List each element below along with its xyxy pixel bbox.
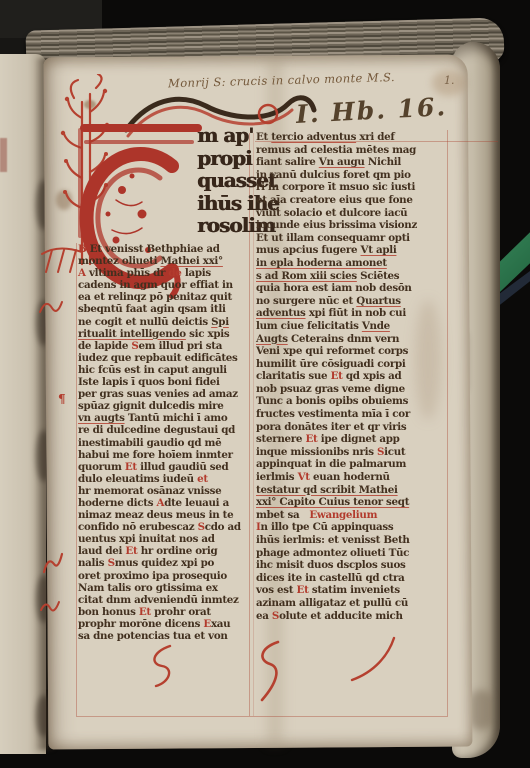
manuscript-line: inestimabili gaudio qd mē — [78, 437, 250, 449]
manuscript-line: ea et relinqz pō penitaz quit — [78, 291, 250, 303]
manuscript-line: dices ite in castellū qd ctra — [256, 572, 450, 585]
manuscript-line: oret proximo ipa prosequio — [78, 570, 250, 582]
pilcrow-mark: ¶ — [58, 392, 66, 406]
manuscript-line: humilit ūre cōsiguadi corpi — [256, 358, 450, 371]
manuscript-line: sternere Et ipe dignet app — [256, 433, 450, 446]
manuscript-line: ri in corpore īt msuo sic iusti — [256, 181, 450, 194]
manuscript-line: hr memorat osānaz vnisse — [78, 485, 250, 497]
manuscript-line: s ad Rom xiii scies Sciētes — [256, 270, 450, 283]
fore-edge-stain — [470, 690, 492, 730]
manuscript-line: iocunde eius brissima visionz — [256, 219, 450, 232]
manuscript-line: lum ciue felicitatis Vnde — [256, 320, 450, 333]
manuscript-line: ne cogit et nullū deictis Spi — [78, 316, 250, 328]
manuscript-line: Iste lapis ī quos boni fidei — [78, 376, 250, 388]
manuscript-line: A vltima phīs dr de lapis — [78, 267, 250, 279]
manuscript-line: vos est Et statim inveniets — [256, 584, 450, 597]
manuscript-line: ihūs ierlmis: et venisst Beth — [256, 534, 450, 547]
manuscript-line: Augts Ceterains dnm vern — [256, 333, 450, 346]
manuscript-line: spūaz gignit dulcedis mire — [78, 400, 250, 412]
right-column: Et tercio adventus xri defremus ad celes… — [256, 131, 450, 622]
catchword-flourish — [146, 644, 180, 688]
manuscript-line: ritualit intelligendo sic xpis — [78, 328, 250, 340]
manuscript-line: laud dei Et hr ordine orig — [78, 545, 250, 557]
manuscript-line: et aīa creatore eius que fone — [256, 194, 450, 207]
margin-mark — [40, 550, 66, 578]
manuscript-line: azinam alligataz et pullū cū — [256, 597, 450, 610]
manuscript-line: claritatis sue Et qd xpis ad — [256, 370, 450, 383]
manuscript-line: de lapide Sem illud pri sta — [78, 340, 250, 352]
manuscript-line: adventus xpi fiūt in nob cui — [256, 307, 450, 320]
manuscript-line: prophr morōne dicens Exau — [78, 618, 250, 630]
manuscript-line: in vanū dulcius foret qm pio — [256, 169, 450, 182]
manuscript-line: uentus xpi inuitat nos ad — [78, 533, 250, 545]
manuscript-line: sbeqntū faat agin qsam itli — [78, 303, 250, 315]
manuscript-line: viuit solacio et dulcore iacū — [256, 207, 450, 220]
manuscript-line: Et ut illam consequamr opti — [256, 232, 450, 245]
manuscript-line: in epla hoderna amonet — [256, 257, 450, 270]
catchword-flourish — [348, 634, 398, 684]
manuscript-line: mus apcius fugere Vt apli — [256, 244, 450, 257]
margin-mark — [38, 596, 62, 616]
manuscript-line: Tunc a bonis opibs obuiems — [256, 395, 450, 408]
manuscript-line: ihc misit duos dscplos suos — [256, 559, 450, 572]
manuscript-line: bon honus Et prohr orat — [78, 606, 250, 618]
manuscript-line: ierlmis Vt euan hodernū — [256, 471, 450, 484]
manuscript-line: In illo tpe Cū appinquass — [256, 521, 450, 534]
manuscript-line: nalis Smus quidez xpi po — [78, 557, 250, 569]
manuscript-line: fiant salire Vn augu Nichil — [256, 156, 450, 169]
margin-mark — [36, 294, 66, 318]
manuscript-line: vn augts Tantū michi ī amo — [78, 412, 250, 424]
ruling-line-vertical — [76, 243, 77, 716]
manuscript-line: hic fcūs est in caput anguli — [78, 364, 250, 376]
manuscript-line: mbet sa Ewangelium — [256, 509, 450, 522]
manuscript-line: pora donātes iter et qr viris — [256, 421, 450, 434]
manuscript-line: quorum Et illud gaudiū sed — [78, 461, 250, 473]
manuscript-line: montez oliueti Mathei xxi° — [78, 255, 250, 267]
manuscript-line: inque missionibs nris Sicut — [256, 446, 450, 459]
manuscript-line: no surgere nūc et Quartus — [256, 295, 450, 308]
manuscript-line: per gras suas venies ad amaz — [78, 388, 250, 400]
manuscript-line: xxi° Capito Cuius tenor seqt — [256, 496, 450, 509]
manuscript-line: re di dulcedine degustaui qd — [78, 424, 250, 436]
catchword-flourish — [256, 640, 286, 704]
manuscript-line: nob psuaz gras veme digne — [256, 383, 450, 396]
manuscript-line: Et tercio adventus xri def — [256, 131, 450, 144]
manuscript-line: appinquat in die palmarum — [256, 458, 450, 471]
manuscript-line: iudez que repbauit edificātes — [78, 352, 250, 364]
left-column: B Et venisst Bethphiae admontez oliueti … — [78, 243, 250, 642]
manuscript-line: confido nō erubescaz Scdo ad — [78, 521, 250, 533]
manuscript-line: nimaz meaz deus meus in te — [78, 509, 250, 521]
leaf-edge-sliver — [0, 138, 7, 172]
manuscript-line: habui me fore hoīem inmter — [78, 449, 250, 461]
manuscript-line: phage admontez oliueti Tūc — [256, 547, 450, 560]
manuscript-line: quia hora est iam nob desōn — [256, 282, 450, 295]
manuscript-line: ea Solute et adducite mich — [256, 610, 450, 623]
manuscript-line: dulo eleuatims iudeū et — [78, 473, 250, 485]
manuscript-line: B Et venisst Bethphiae ad — [78, 243, 250, 255]
manuscript-line: citat dnm adveniendū inmtez — [78, 594, 250, 606]
manuscript-line: testatur qd scribit Mathei — [256, 484, 450, 497]
manuscript-line: cadens in agm quor effiat in — [78, 279, 250, 291]
folio-number: 1. — [444, 74, 455, 87]
manuscript-line: Veni xpe qui reformet corps — [256, 345, 450, 358]
ruling-line-horizontal — [76, 716, 448, 717]
manuscript-line: fructes vestimenta mīa ī cor — [256, 408, 450, 421]
manuscript-line: remus ad celestia mētes mag — [256, 144, 450, 157]
manuscript-line: sa dne potencias tua et von — [78, 630, 250, 642]
manuscript-photo: Monrij S: crucis in calvo monte M.S. 1. … — [0, 0, 530, 768]
manuscript-line: Nam talis oro gtissima ex — [78, 582, 250, 594]
manuscript-line: hoderne dicts Adte leuaui a — [78, 497, 250, 509]
